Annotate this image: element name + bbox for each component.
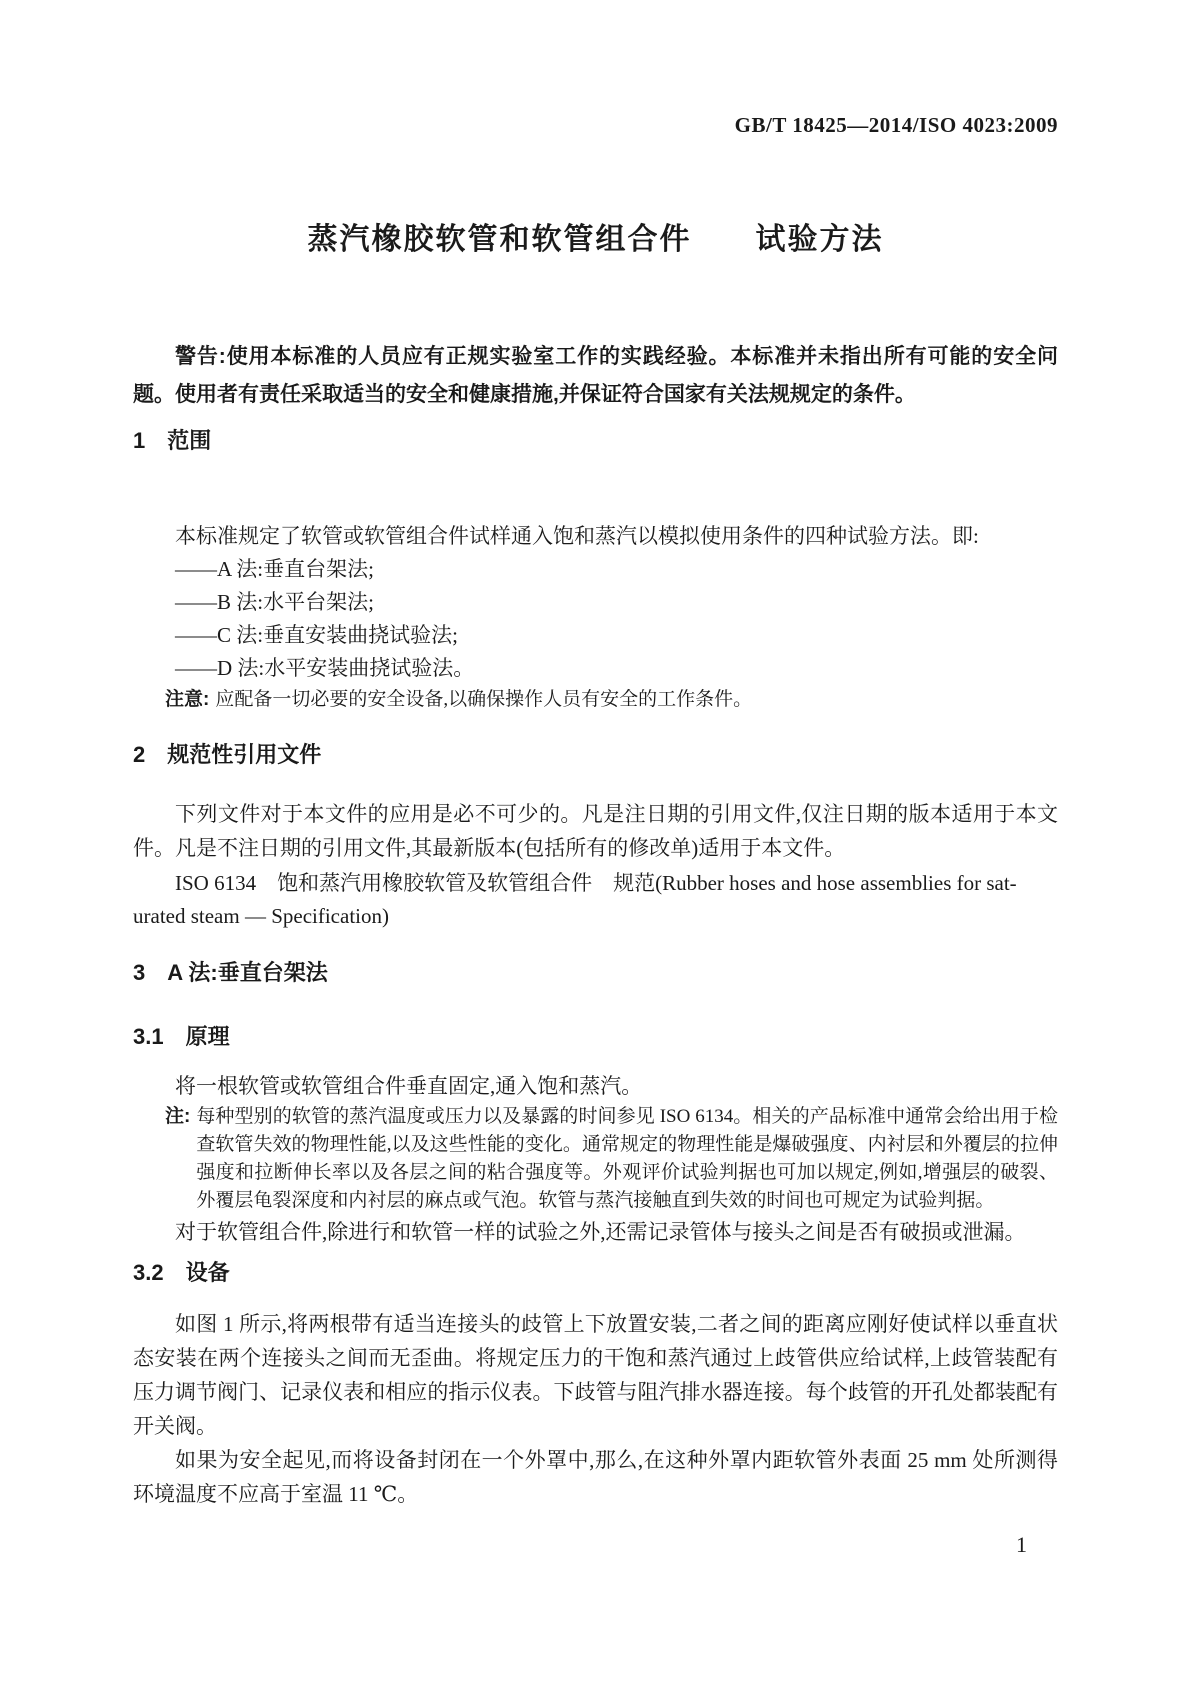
section-1-heading: 1 范围 <box>133 428 1058 454</box>
references-paragraph: 下列文件对于本文件的应用是必不可少的。凡是注日期的引用文件,仅注日期的版本适用于… <box>133 797 1058 865</box>
section-3-heading: 3 A 法:垂直台架法 <box>133 960 1058 986</box>
scope-intro-paragraph: 本标准规定了软管或软管组合件试样通入饱和蒸汽以模拟使用条件的四种试验方法。即: <box>133 519 1058 553</box>
principle-assembly-paragraph: 对于软管组合件,除进行和软管一样的试验之外,还需记录管体与接头之间是否有破损或泄… <box>133 1215 1058 1249</box>
equipment-paragraph-2: 如果为安全起见,而将设备封闭在一个外罩中,那么,在这种外罩内距软管外表面 25 … <box>133 1443 1058 1511</box>
warning-text: 使用本标准的人员应有正规实验室工作的实践经验。本标准并未指出所有可能的安全问题。… <box>133 345 1058 406</box>
method-list-item-c: ——C 法:垂直安装曲挠试验法; <box>133 619 1058 652</box>
reference-entry-line-2: urated steam — Specification) <box>133 900 1058 933</box>
document-title: 蒸汽橡胶软管和软管组合件 试验方法 <box>133 222 1058 258</box>
section-3-2-heading: 3.2 设备 <box>133 1260 1058 1286</box>
equipment-paragraph-1: 如图 1 所示,将两根带有适当连接头的歧管上下放置安装,二者之间的距离应刚好使试… <box>133 1307 1058 1443</box>
principle-note: 注: 每种型别的软管的蒸汽温度或压力以及暴露的时间参见 ISO 6134。相关的… <box>165 1103 1058 1215</box>
warning-label: 警告: <box>175 345 226 368</box>
document-page: GB/T 18425—2014/ISO 4023:2009 蒸汽橡胶软管和软管组… <box>0 0 1191 1684</box>
section-3-1-heading: 3.1 原理 <box>133 1024 1058 1050</box>
attention-note-text: 应配备一切必要的安全设备,以确保操作人员有安全的工作条件。 <box>215 685 752 715</box>
principle-paragraph: 将一根软管或软管组合件垂直固定,通入饱和蒸汽。 <box>133 1069 1058 1103</box>
section-2-heading: 2 规范性引用文件 <box>133 742 1058 768</box>
reference-entry-line-1: ISO 6134 饱和蒸汽用橡胶软管及软管组合件 规范(Rubber hoses… <box>133 867 1058 900</box>
page-number: 1 <box>1016 1532 1027 1558</box>
method-list-item-a: ——A 法:垂直台架法; <box>133 553 1058 586</box>
attention-note: 注意: 应配备一切必要的安全设备,以确保操作人员有安全的工作条件。 <box>165 685 1058 715</box>
method-list-item-b: ——B 法:水平台架法; <box>133 586 1058 619</box>
principle-note-text: 每种型别的软管的蒸汽温度或压力以及暴露的时间参见 ISO 6134。相关的产品标… <box>196 1103 1058 1215</box>
attention-note-label: 注意: <box>165 685 209 715</box>
principle-note-label: 注: <box>165 1103 190 1131</box>
warning-paragraph: 警告:使用本标准的人员应有正规实验室工作的实践经验。本标准并未指出所有可能的安全… <box>133 338 1058 414</box>
standard-code: GB/T 18425—2014/ISO 4023:2009 <box>133 0 1058 138</box>
method-list-item-d: ——D 法:水平安装曲挠试验法。 <box>133 652 1058 685</box>
